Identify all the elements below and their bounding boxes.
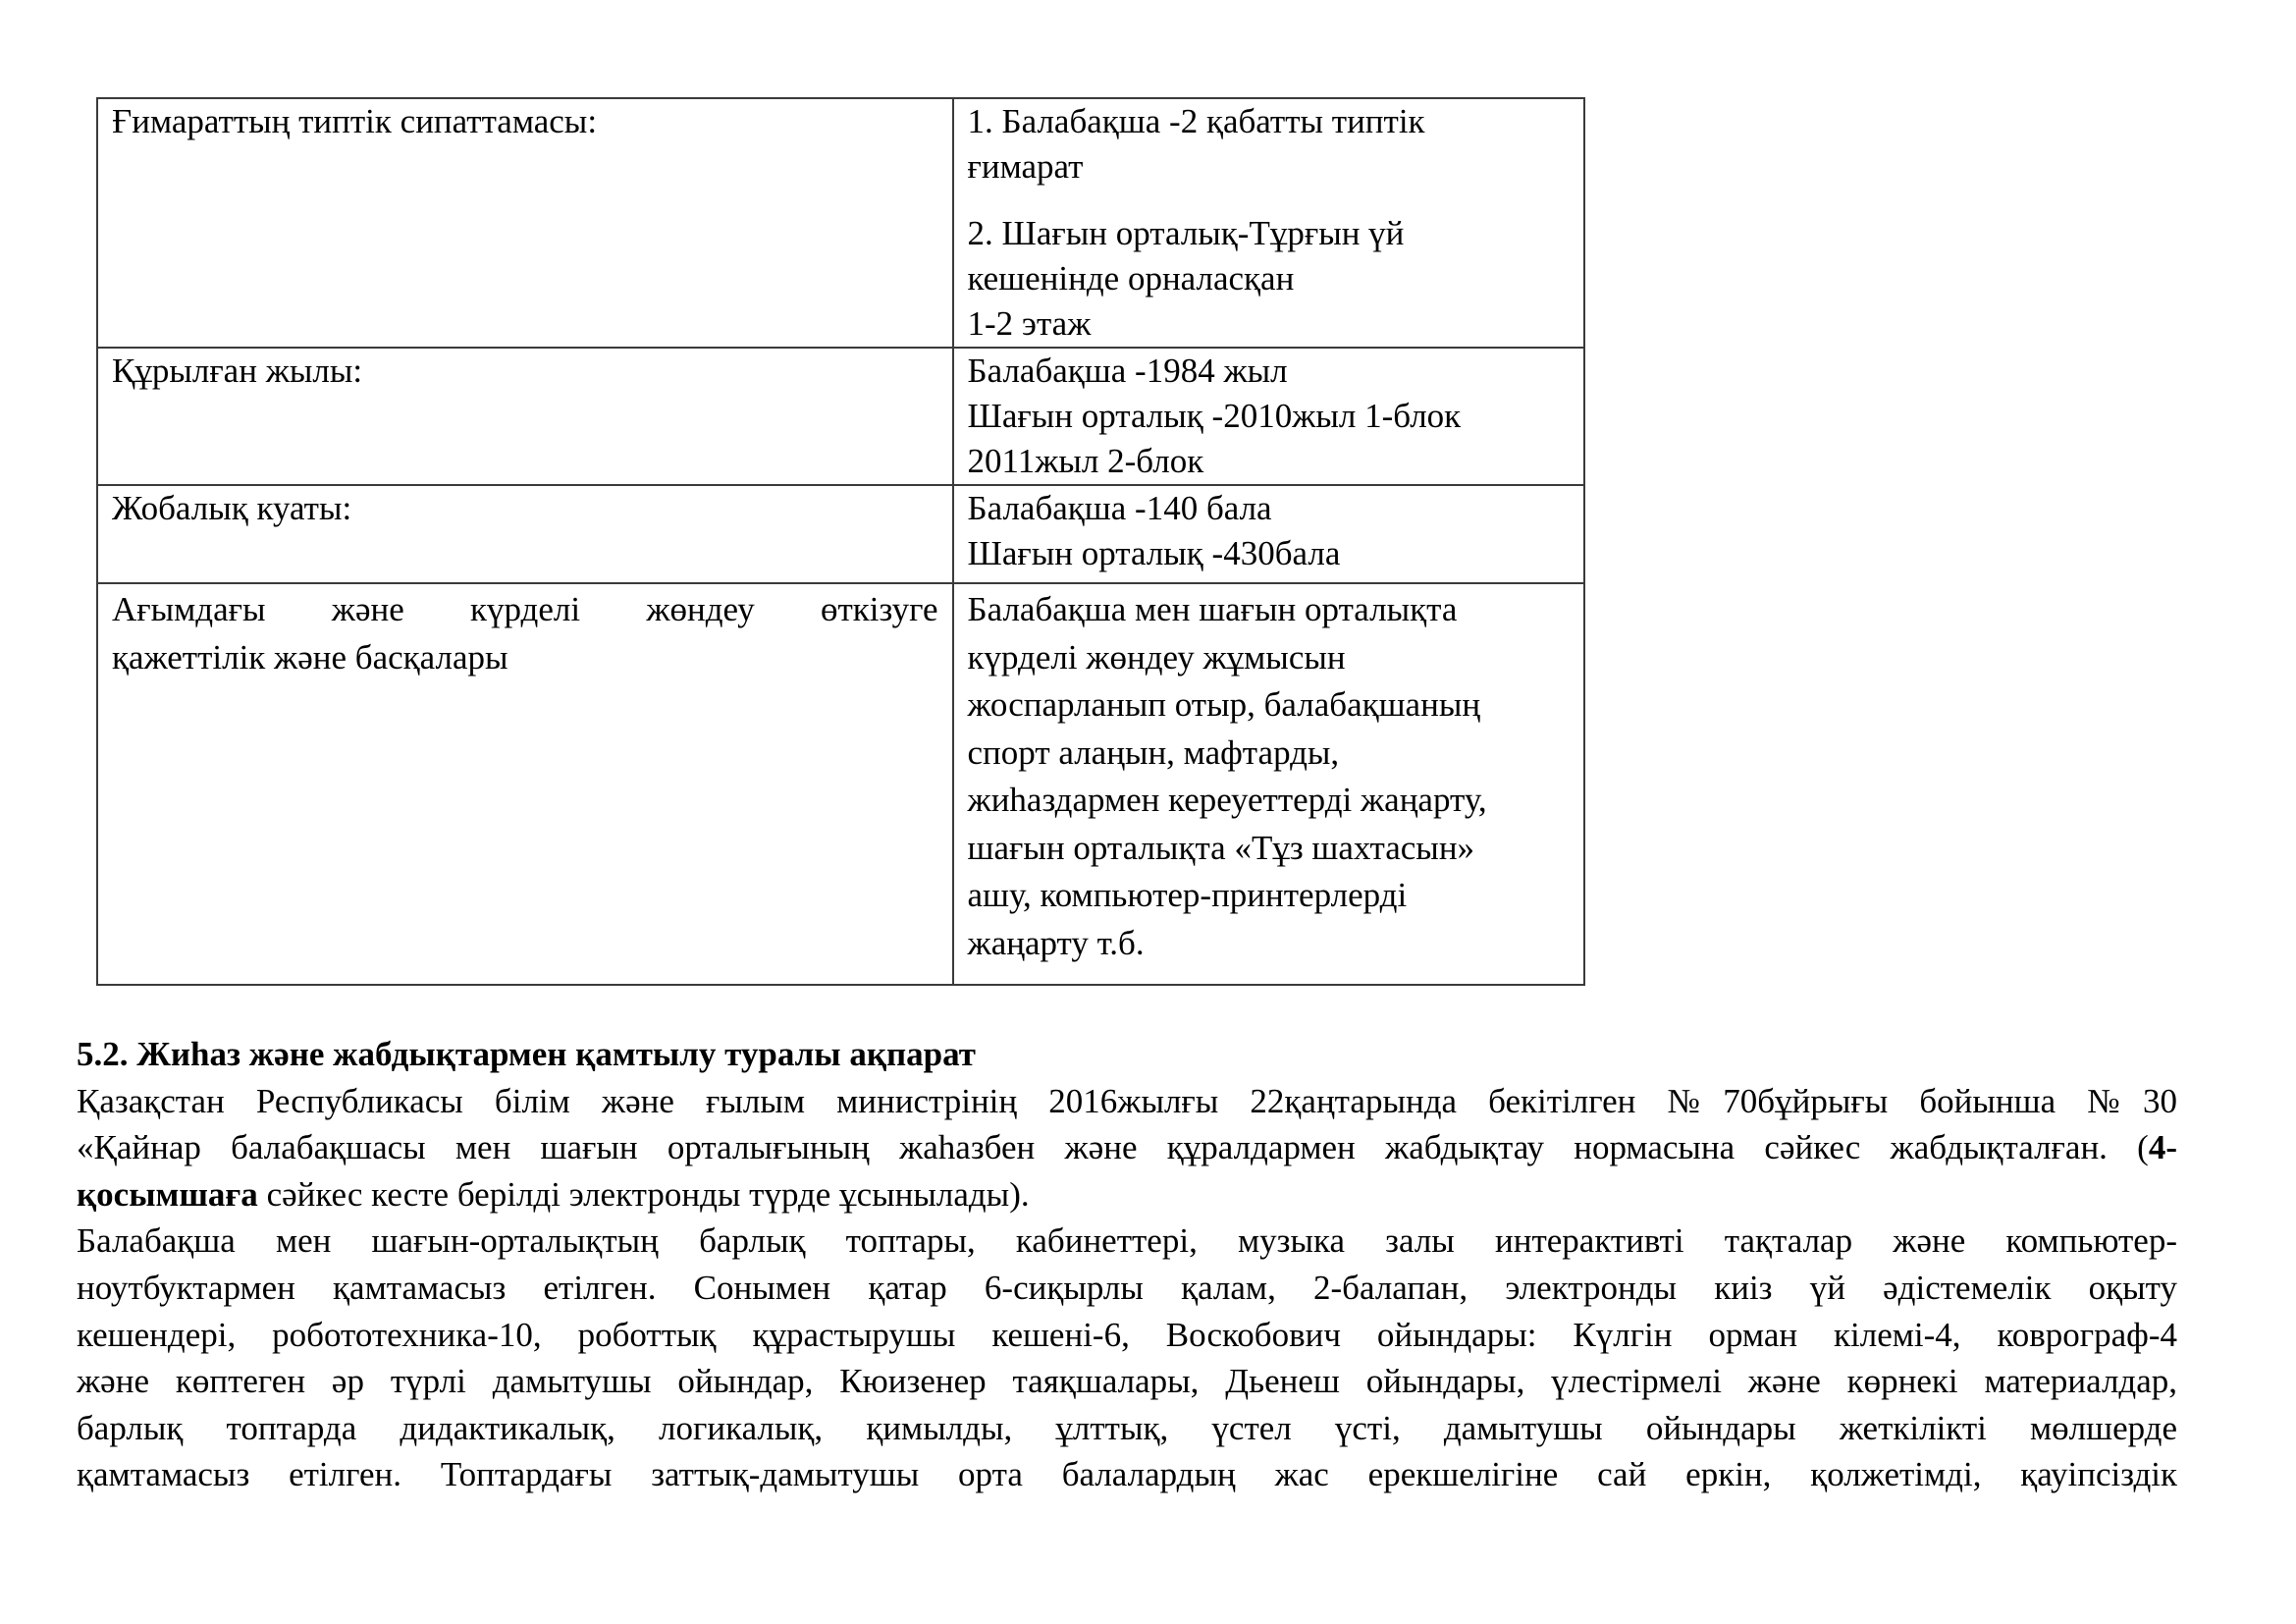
paragraph-line: кешендері, робототехника-10, роботтық құ… <box>77 1312 2177 1359</box>
cell-line: 1-2 этаж <box>968 301 1570 347</box>
cell-text: Құрылған жылы: <box>112 352 362 390</box>
cell-line: жаңарту т.б. <box>968 920 1570 968</box>
paragraph-line: Қазақстан Республикасы білім және ғылым … <box>77 1078 2177 1125</box>
table-row: Ғимараттың типтік сипаттамасы: 1. Балаба… <box>97 98 1584 348</box>
row-value-year-built: Балабақша -1984 жыл Шағын орталық -2010ж… <box>953 348 1584 485</box>
value-paragraph: 2. Шағын орталық-Тұрғын үй кешенінде орн… <box>968 211 1570 347</box>
cell-line: Балабақша -1984 жыл <box>968 349 1570 394</box>
cell-line: 2011жыл 2-блок <box>968 439 1570 484</box>
bold-text: 4- <box>2149 1128 2177 1166</box>
row-value-repair-needs: Балабақша мен шағын орталықта күрделі жө… <box>953 583 1584 985</box>
cell-text: Ғимараттың типтік сипаттамасы: <box>112 102 597 140</box>
row-value-design-capacity: Балабақша -140 бала Шағын орталық -430ба… <box>953 485 1584 583</box>
document-page: Ғимараттың типтік сипаттамасы: 1. Балаба… <box>0 0 2296 1624</box>
cell-line: Шағын орталық -2010жыл 1-блок <box>968 394 1570 439</box>
row-label-building-type: Ғимараттың типтік сипаттамасы: <box>97 98 953 348</box>
row-label-design-capacity: Жобалық куаты: <box>97 485 953 583</box>
paragraph-line: және көптеген әр түрлі дамытушы ойындар,… <box>77 1358 2177 1405</box>
paragraph-line: қамтамасыз етілген. Топтардағы заттық-да… <box>77 1451 2177 1498</box>
cell-line: күрделі жөндеу жұмысын <box>968 634 1570 682</box>
paragraph-equipment-list: Балабақша мен шағын-орталықтың барлық то… <box>77 1218 2177 1498</box>
paragraph-line: барлық топтарда дидактикалық, логикалық,… <box>77 1405 2177 1452</box>
row-value-building-type: 1. Балабақша -2 қабатты типтік ғимарат 2… <box>953 98 1584 348</box>
cell-line: кешенінде орналасқан <box>968 256 1570 301</box>
appendix-reference: қосымшаға <box>77 1175 258 1214</box>
cell-line: жиһаздармен кереуеттерді жаңарту, <box>968 777 1570 825</box>
cell-line: шағын орталықта «Тұз шахтасын» <box>968 825 1570 873</box>
cell-line: ашу, компьютер-принтерлерді <box>968 872 1570 920</box>
cell-line: жоспарланып отыр, балабақшаның <box>968 681 1570 730</box>
value-paragraph: 1. Балабақша -2 қабатты типтік ғимарат <box>968 99 1570 189</box>
table-row: Құрылған жылы: Балабақша -1984 жыл Шағын… <box>97 348 1584 485</box>
paragraph-line: қосымшаға сәйкес кесте берілді электронд… <box>77 1171 2177 1218</box>
paragraph-line: Балабақша мен шағын-орталықтың барлық то… <box>77 1218 2177 1265</box>
cell-line: қажеттілік және басқалары <box>112 634 938 682</box>
row-label-year-built: Құрылған жылы: <box>97 348 953 485</box>
table-row: Жобалық куаты: Балабақша -140 бала Шағын… <box>97 485 1584 583</box>
cell-line: ғимарат <box>968 144 1570 189</box>
cell-line: Балабақша -140 бала <box>968 486 1570 531</box>
building-info-table: Ғимараттың типтік сипаттамасы: 1. Балаба… <box>96 97 1585 986</box>
table-row: Ағымдағы және күрделі жөндеу өткізуге қа… <box>97 583 1584 985</box>
section-heading: 5.2. Жиһаз және жабдықтармен қамтылу тур… <box>77 1031 2177 1078</box>
line-text: «Қайнар балабақшасы мен шағын орталығыны… <box>77 1128 2149 1166</box>
cell-line: 1. Балабақша -2 қабатты типтік <box>968 99 1570 144</box>
row-label-repair-needs: Ағымдағы және күрделі жөндеу өткізуге қа… <box>97 583 953 985</box>
cell-line: 2. Шағын орталық-Тұрғын үй <box>968 211 1570 256</box>
paragraph-line: ноутбуктармен қамтамасыз етілген. Соныме… <box>77 1265 2177 1312</box>
cell-text: Жобалық куаты: <box>112 489 351 527</box>
cell-line: Шағын орталық -430бала <box>968 531 1570 576</box>
line-text: сәйкес кесте берілді электронды түрде ұс… <box>258 1175 1030 1214</box>
cell-line: Балабақша мен шағын орталықта <box>968 586 1570 634</box>
paragraph-ministry-order: Қазақстан Республикасы білім және ғылым … <box>77 1078 2177 1218</box>
cell-line: Ағымдағы және күрделі жөндеу өткізуге <box>112 586 938 634</box>
cell-line: спорт алаңын, мафтарды, <box>968 730 1570 778</box>
paragraph-line: «Қайнар балабақшасы мен шағын орталығыны… <box>77 1124 2177 1171</box>
section-furniture-equipment: 5.2. Жиһаз және жабдықтармен қамтылу тур… <box>77 1031 2177 1498</box>
